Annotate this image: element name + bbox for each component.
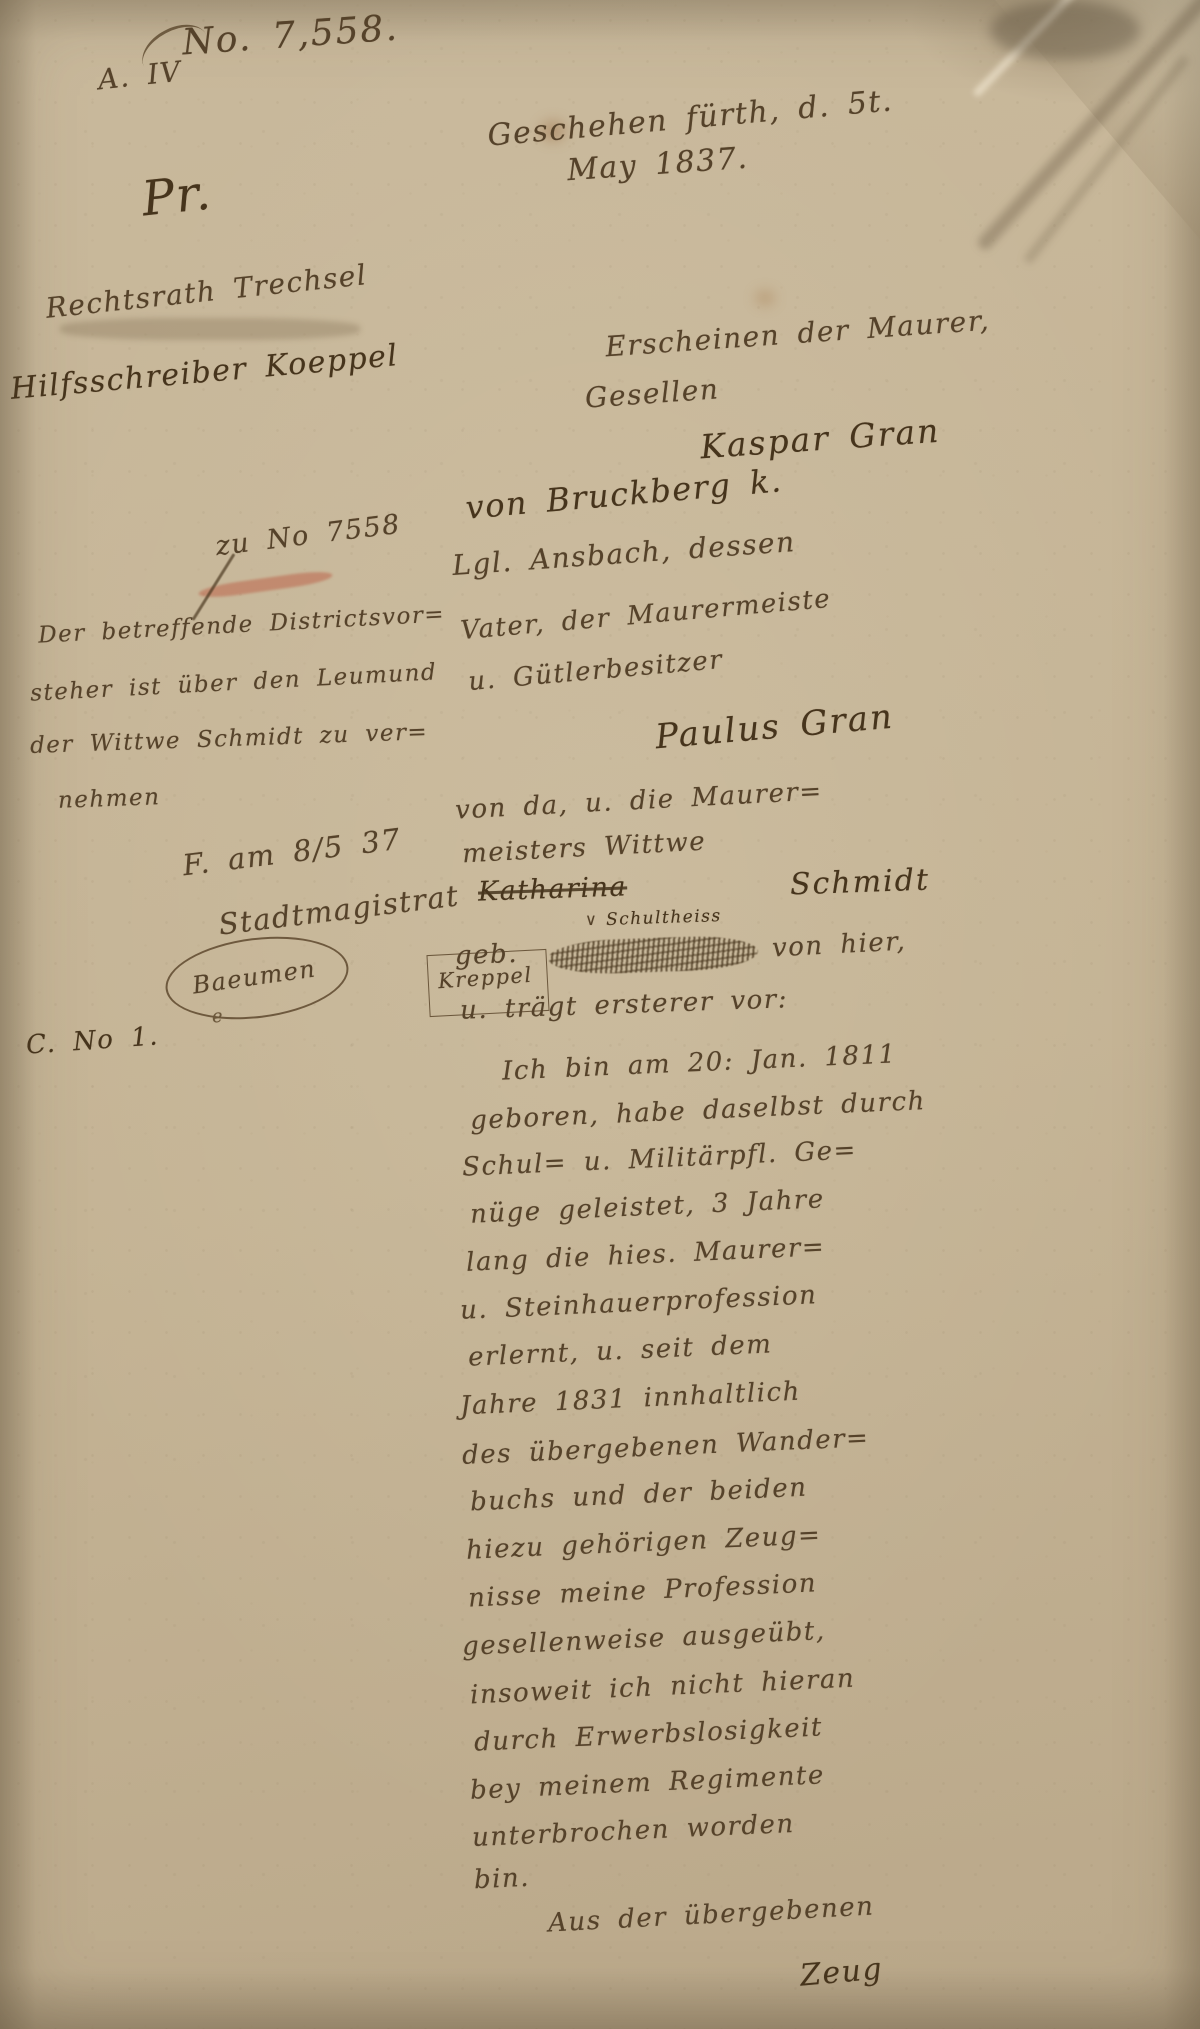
- statement-line: geboren, habe daselbst durch: [470, 1088, 927, 1134]
- closing-line: Aus der übergebenen: [548, 1893, 875, 1936]
- statement-line: Schul= u. Militärpfl. Ge=: [462, 1137, 858, 1180]
- body-line-von-hier: von hier,: [771, 929, 906, 962]
- file-mark: A. IV: [97, 58, 183, 95]
- reference-number: zu No 7558: [214, 511, 402, 561]
- praesentatum: Pr.: [140, 168, 214, 223]
- person-name-paulus-gran: Paulus Gran: [654, 700, 895, 755]
- appearance-line: von Bruckberg k.: [464, 464, 783, 524]
- official-name-1: Rechtsrath Trechsel: [44, 261, 368, 323]
- statement-line: durch Erwerbslosigkeit: [474, 1714, 824, 1755]
- statement-line: erlernt, u. seit dem: [468, 1331, 773, 1370]
- signature-initial: e: [211, 1007, 225, 1026]
- docket-number: C. No 1.: [25, 1023, 159, 1058]
- appearance-line: Vater, der Maurermeiste: [460, 586, 833, 644]
- statement-line: gesellenweise ausgeübt,: [462, 1618, 826, 1660]
- marginal-note-line: steher ist über den Leumund: [30, 661, 438, 705]
- statement-line: buchs und der beiden: [470, 1475, 808, 1516]
- statement-line: hiezu gehörigen Zeug=: [466, 1522, 822, 1563]
- statement-line: Jahre 1831 innhaltlich: [460, 1379, 802, 1420]
- dateline-place: Geschehen fürth, d. 5t.: [486, 86, 894, 151]
- marginal-note-line: der Wittwe Schmidt zu ver=: [30, 721, 429, 758]
- statement-line: nüge geleistet, 3 Jahre: [470, 1186, 826, 1227]
- red-pencil-mark: [198, 569, 333, 601]
- document-page: No. 7,558. A. IV Geschehen fürth, d. 5t.…: [0, 0, 1200, 2029]
- person-name-schmidt: Schmidt: [790, 866, 931, 901]
- authority-name: Stadtmagistrat: [217, 881, 461, 939]
- doc-number: No. 7,558.: [181, 10, 400, 61]
- statement-line: u. Steinhauerprofession: [460, 1282, 818, 1324]
- dateline-date: May 1837.: [566, 144, 749, 187]
- statement-line: des übergebenen Wander=: [462, 1425, 870, 1469]
- appearance-line: Gesellen: [584, 375, 720, 412]
- appearance-line: u. Gütlerbesitzer: [467, 647, 724, 695]
- insertion-schultheiss: Schultheiss: [606, 908, 722, 929]
- ink-bleed-smudge: [60, 318, 360, 340]
- disposition-date: F. am 8/5 37: [181, 825, 403, 881]
- statement-line: bin.: [473, 1865, 530, 1893]
- person-name-katharina: Katharina: [478, 873, 628, 905]
- marginal-note-line: Der betreffende Districtsvor=: [38, 603, 446, 647]
- statement-line: insoweit ich nicht hieran: [470, 1666, 856, 1709]
- statement-line: unterbrochen worden: [472, 1811, 796, 1851]
- scribbled-out-word: [547, 934, 758, 975]
- appearance-line: Lgl. Ansbach, dessen: [451, 528, 796, 580]
- appearance-line: von da, u. die Maurer=: [455, 778, 824, 823]
- catchword: Zeug: [799, 1954, 884, 1991]
- official-name-2: Hilfsschreiber Koeppel: [9, 341, 399, 405]
- statement-line: nisse meine Profession: [468, 1570, 818, 1611]
- body-line-geb: geb.: [455, 941, 519, 969]
- insertion-caret-icon: ∨: [585, 912, 598, 928]
- appearance-line: Erscheinen der Maurer,: [604, 307, 990, 362]
- person-name-kaspar-gran: Kaspar Gran: [699, 414, 941, 464]
- marginal-note-line: nehmen: [58, 786, 161, 813]
- appearance-line: meisters Wittwe: [461, 829, 706, 868]
- statement-line: Ich bin am 20: Jan. 1811: [502, 1041, 897, 1084]
- paper-stain: [755, 290, 775, 306]
- statement-line: bey meinem Regimente: [470, 1762, 826, 1803]
- statement-line: lang die hies. Maurer=: [466, 1234, 826, 1276]
